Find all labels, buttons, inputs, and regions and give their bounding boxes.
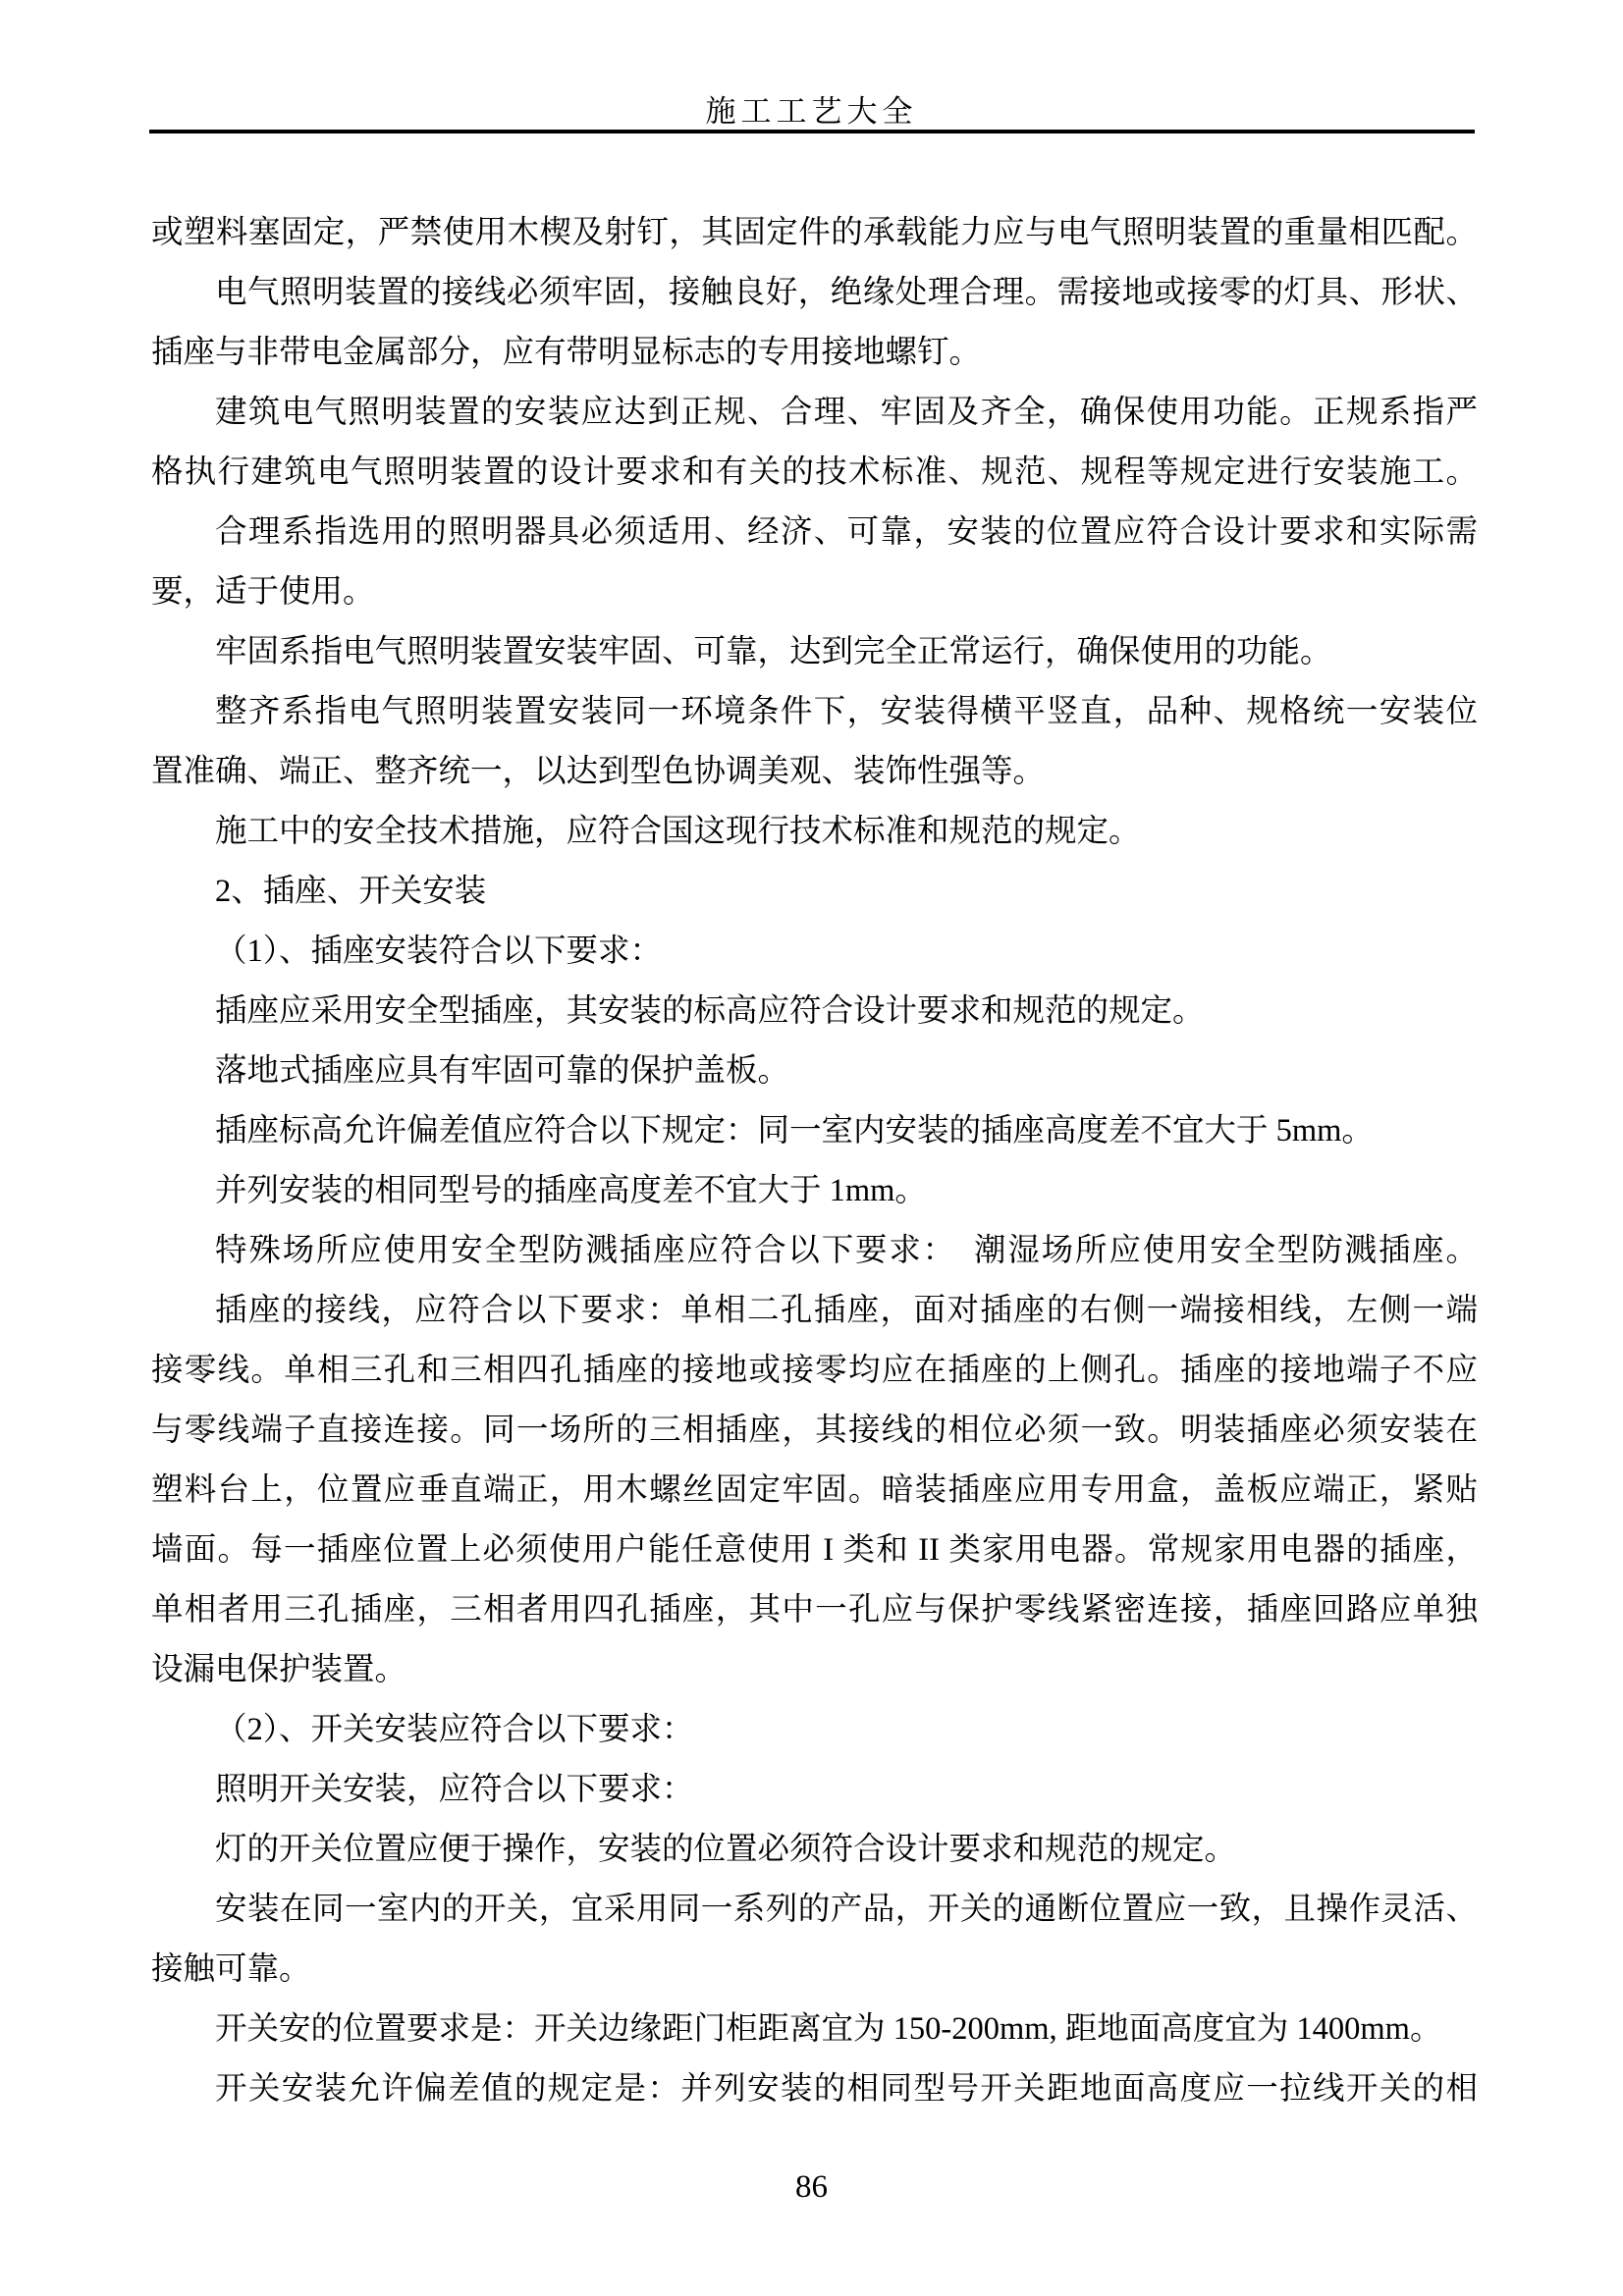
text-line: 插座标高允许偏差值应符合以下规定：同一室内安装的插座高度差不宜大于 5mm。 [151, 1101, 1478, 1161]
text-line: 单相者用三孔插座，三相者用四孔插座，其中一孔应与保护零线紧密连接，插座回路应单独 [151, 1580, 1478, 1640]
text-line: 插座与非带电金属部分，应有带明显标志的专用接地螺钉。 [151, 323, 1478, 383]
text-line: 设漏电保护装置。 [151, 1640, 1478, 1700]
text-line: 接触可靠。 [151, 1940, 1478, 2000]
text-line: 塑料台上，位置应垂直端正，用木螺丝固定牢固。暗装插座应用专用盒，盖板应端正，紧贴 [151, 1461, 1478, 1521]
text-line: 合理系指选用的照明器具必须适用、经济、可靠，安装的位置应符合设计要求和实际需 [151, 503, 1478, 562]
text-line: 接零线。单相三孔和三相四孔插座的接地或接零均应在插座的上侧孔。插座的接地端子不应 [151, 1341, 1478, 1401]
text-line: 插座应采用安全型插座，其安装的标高应符合设计要求和规范的规定。 [151, 982, 1478, 1041]
text-line: 整齐系指电气照明装置安装同一环境条件下，安装得横平竖直，品种、规格统一安装位 [151, 682, 1478, 742]
text-line: （1）、插座安装符合以下要求： [151, 922, 1478, 982]
text-line: 建筑电气照明装置的安装应达到正规、合理、牢固及齐全，确保使用功能。正规系指严 [151, 383, 1478, 443]
text-line: 置准确、端正、整齐统一，以达到型色协调美观、装饰性强等。 [151, 742, 1478, 802]
text-line: 施工中的安全技术措施，应符合国这现行技术标准和规范的规定。 [151, 802, 1478, 862]
text-line: 开关安的位置要求是：开关边缘距门柜距离宜为 150-200mm, 距地面高度宜为… [151, 2000, 1478, 2059]
text-line: 并列安装的相同型号的插座高度差不宜大于 1mm。 [151, 1161, 1478, 1221]
text-line: 灯的开关位置应便于操作，安装的位置必须符合设计要求和规范的规定。 [151, 1820, 1478, 1880]
text-line: 或塑料塞固定，严禁使用木楔及射钉，其固定件的承载能力应与电气照明装置的重量相匹配… [151, 203, 1478, 263]
text-line: 格执行建筑电气照明装置的设计要求和有关的技术标准、规范、规程等规定进行安装施工。 [151, 443, 1478, 503]
page-body: 或塑料塞固定，严禁使用木楔及射钉，其固定件的承载能力应与电气照明装置的重量相匹配… [151, 203, 1478, 2119]
text-line: 特殊场所应使用安全型防溅插座应符合以下要求： 潮湿场所应使用安全型防溅插座。 [151, 1221, 1478, 1281]
page-number: 86 [0, 2169, 1623, 2206]
text-line: 牢固系指电气照明装置安装牢固、可靠，达到完全正常运行，确保使用的功能。 [151, 622, 1478, 682]
document-page: 施工工艺大全 或塑料塞固定，严禁使用木楔及射钉，其固定件的承载能力应与电气照明装… [0, 0, 1623, 2296]
text-line: 墙面。每一插座位置上必须使用户能任意使用 I 类和 II 类家用电器。常规家用电… [151, 1521, 1478, 1580]
text-line: 与零线端子直接连接。同一场所的三相插座，其接线的相位必须一致。明装插座必须安装在 [151, 1401, 1478, 1461]
header-divider [149, 130, 1475, 133]
text-line: 落地式插座应具有牢固可靠的保护盖板。 [151, 1041, 1478, 1101]
text-line: 插座的接线，应符合以下要求：单相二孔插座，面对插座的右侧一端接相线，左侧一端 [151, 1281, 1478, 1341]
text-line: （2）、开关安装应符合以下要求： [151, 1700, 1478, 1760]
text-line: 电气照明装置的接线必须牢固，接触良好，绝缘处理合理。需接地或接零的灯具、形状、 [151, 263, 1478, 323]
text-line: 安装在同一室内的开关，宜采用同一系列的产品，开关的通断位置应一致，且操作灵活、 [151, 1880, 1478, 1940]
text-line: 开关安装允许偏差值的规定是：并列安装的相同型号开关距地面高度应一拉线开关的相 [151, 2059, 1478, 2119]
text-line: 2、插座、开关安装 [151, 862, 1478, 922]
text-line: 照明开关安装，应符合以下要求： [151, 1760, 1478, 1820]
text-line: 要，适于使用。 [151, 562, 1478, 622]
page-header-title: 施工工艺大全 [0, 86, 1623, 131]
